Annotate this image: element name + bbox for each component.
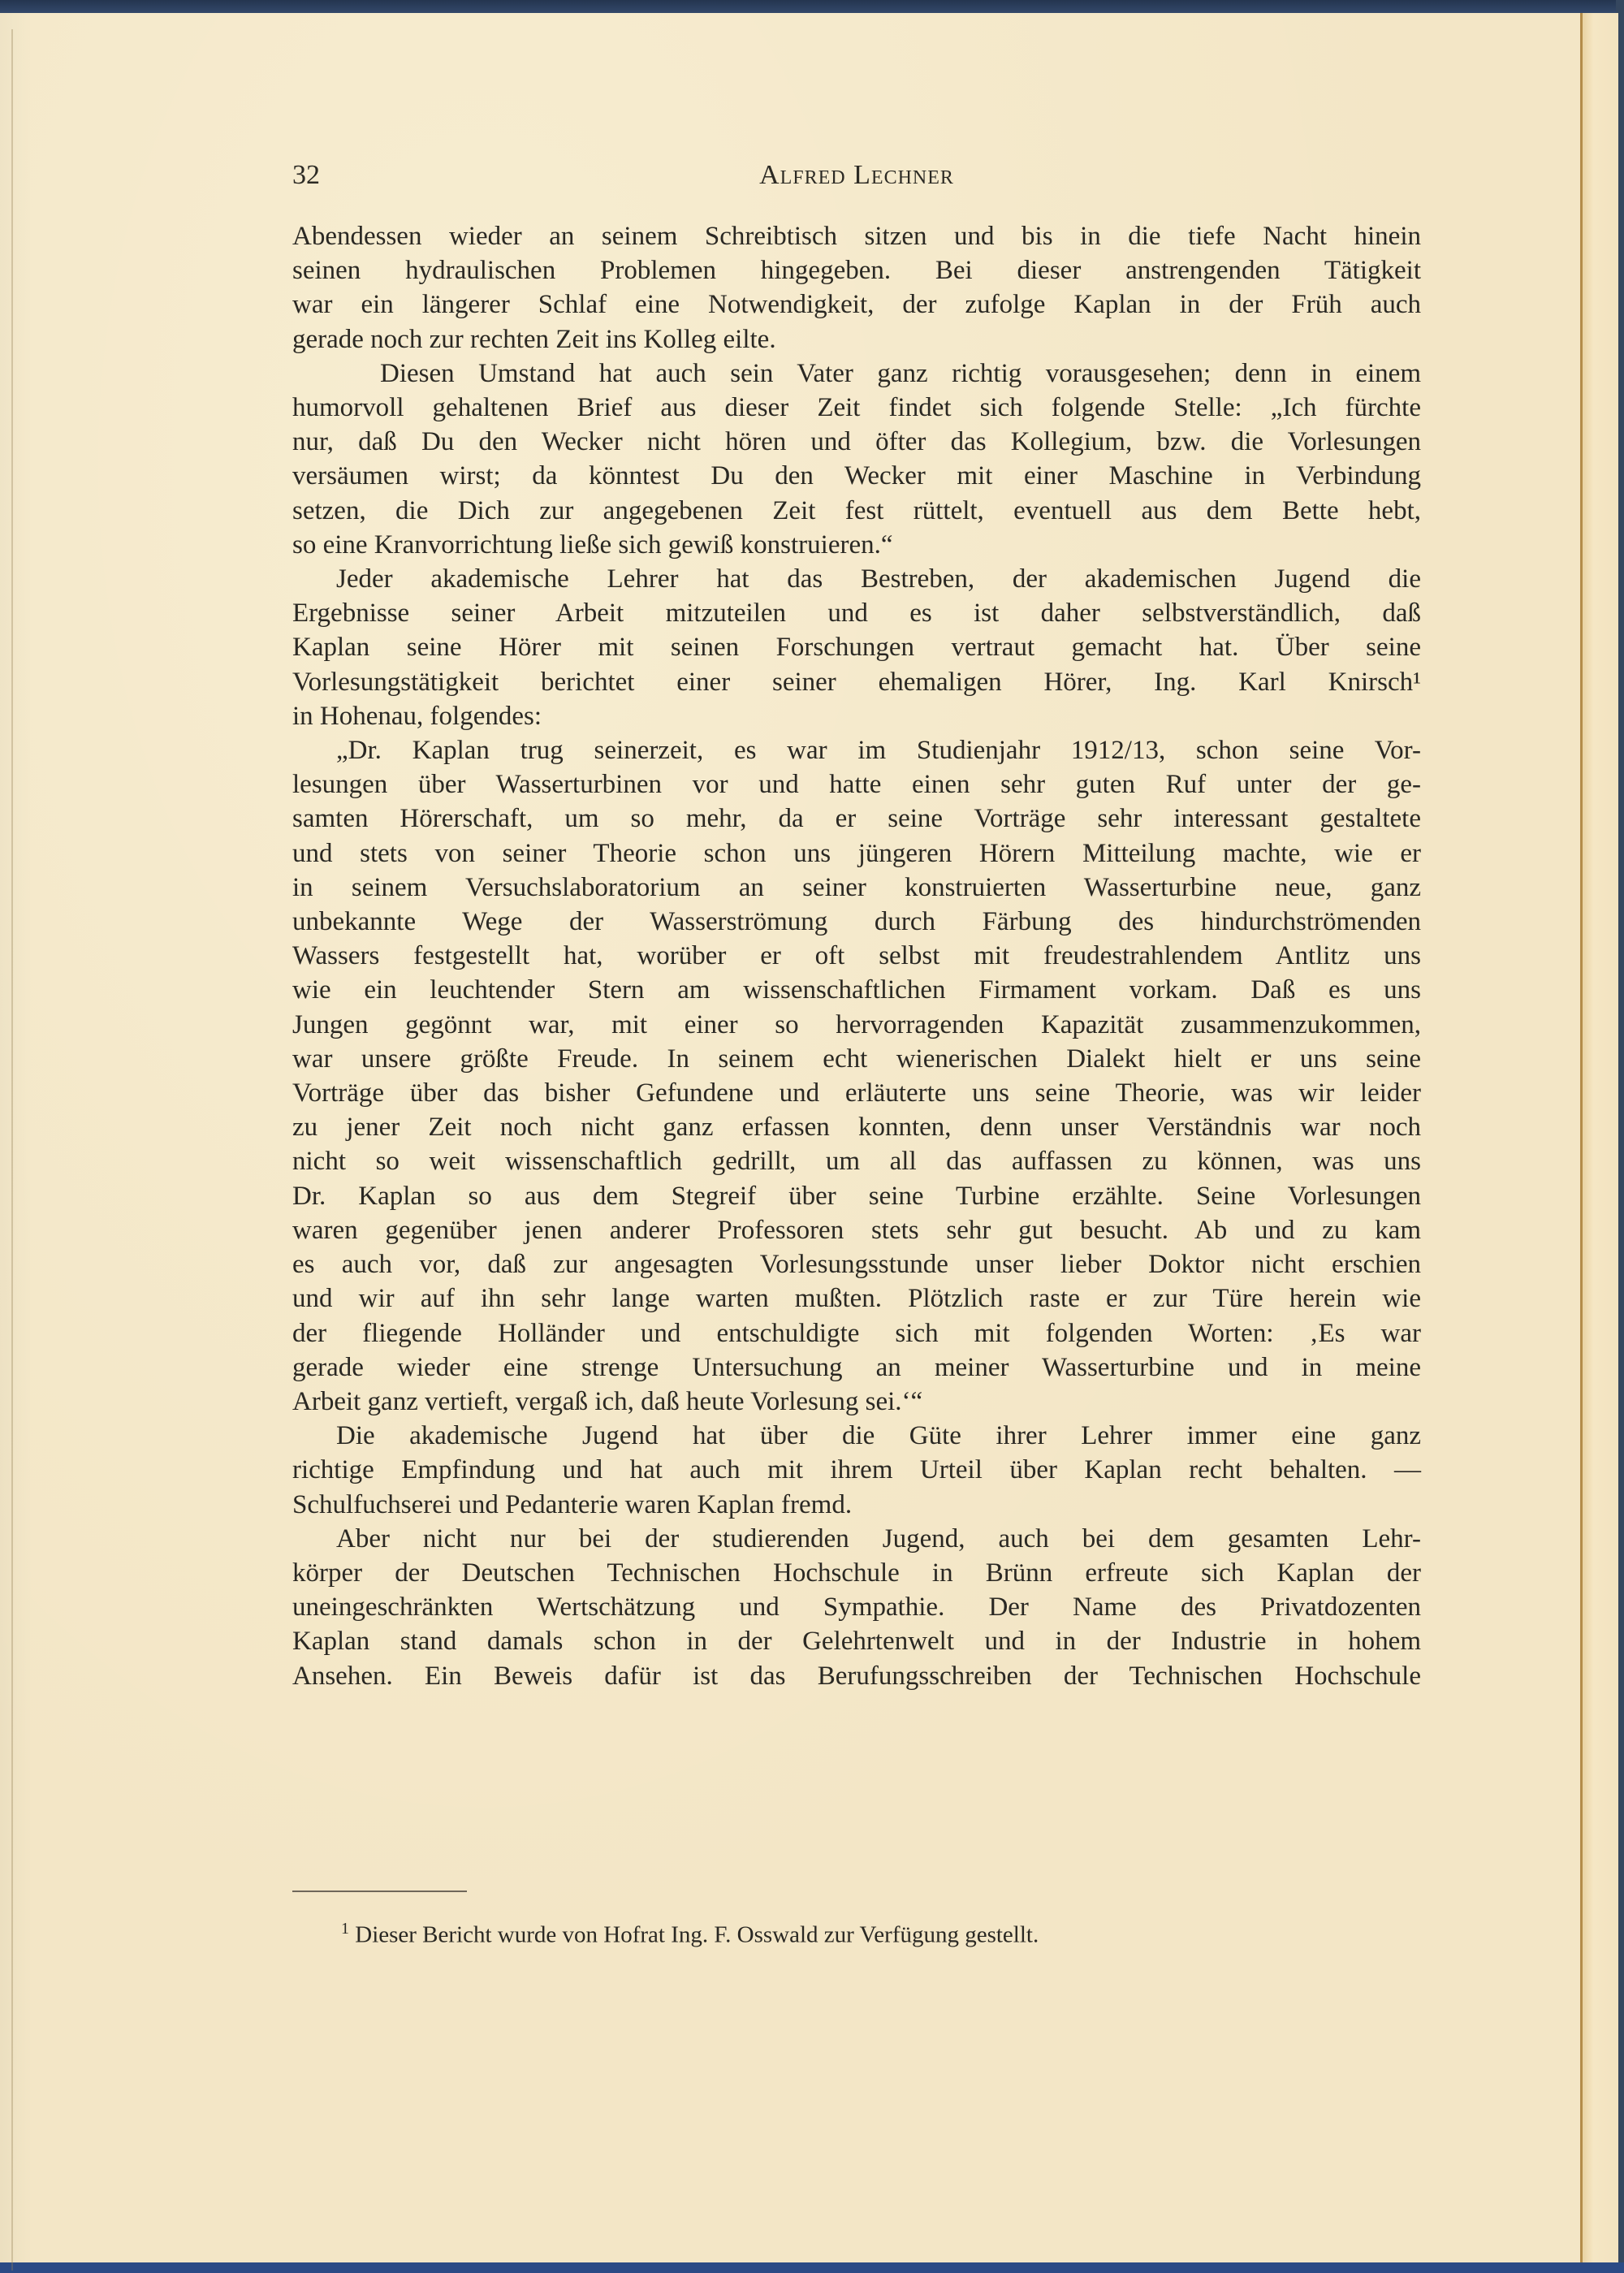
- page-fold: [1580, 13, 1618, 2262]
- text-line: Jeder akademische Lehrer hat das Bestreb…: [292, 562, 1421, 596]
- text-line: es auch vor, daß zur angesagten Vorlesun…: [292, 1247, 1421, 1281]
- text-line: Abendessen wieder an seinem Schreibtisch…: [292, 219, 1421, 253]
- text-line: Vorträge über das bisher Gefundene und e…: [292, 1076, 1421, 1110]
- book-cover-top-edge: [0, 0, 1624, 13]
- footnote-text: Dieser Bericht wurde von Hofrat Ing. F. …: [355, 1922, 1039, 1948]
- text-line: Ansehen. Ein Beweis dafür ist das Berufu…: [292, 1659, 1421, 1693]
- text-line: samten Hörerschaft, um so mehr, da er se…: [292, 802, 1421, 836]
- text-line: seinen hydraulischen Problemen hingegebe…: [292, 253, 1421, 287]
- running-head: 32 Alfred Lechner: [292, 160, 1421, 201]
- text-line: Kaplan stand damals schon in der Gelehrt…: [292, 1624, 1421, 1658]
- text-line: unbekannte Wege der Wasserströmung durch…: [292, 905, 1421, 939]
- text-line: richtige Empfindung und hat auch mit ihr…: [292, 1453, 1421, 1487]
- text-line: Dr. Kaplan so aus dem Stegreif über sein…: [292, 1179, 1421, 1213]
- text-line: Wassers festgestellt hat, worüber er oft…: [292, 939, 1421, 973]
- footnote: 1 Dieser Bericht wurde von Hofrat Ing. F…: [341, 1920, 1478, 1949]
- text-line: in seinem Versuchslaboratorium an seiner…: [292, 871, 1421, 905]
- text-line: gerade noch zur rechten Zeit ins Kolleg …: [292, 322, 1421, 357]
- body-text: Abendessen wieder an seinem Schreibtisch…: [292, 219, 1421, 1693]
- text-line: nicht so weit wissenschaftlich gedrillt,…: [292, 1144, 1421, 1178]
- text-line: war ein längerer Schlaf eine Notwendigke…: [292, 287, 1421, 322]
- text-line: gerade wieder eine strenge Untersuchung …: [292, 1350, 1421, 1385]
- text-line: waren gegenüber jenen anderer Professore…: [292, 1213, 1421, 1247]
- text-line: in Hohenau, folgendes:: [292, 699, 1421, 733]
- text-line: Kaplan seine Hörer mit seinen Forschunge…: [292, 630, 1421, 664]
- footnote-marker: 1: [341, 1920, 349, 1938]
- text-line: „Dr. Kaplan trug seinerzeit, es war im S…: [292, 733, 1421, 767]
- text-line: nur, daß Du den Wecker nicht hören und ö…: [292, 425, 1421, 459]
- text-line: wie ein leuchtender Stern am wissenschaf…: [292, 973, 1421, 1007]
- text-line: Jungen gegönnt war, mit einer so hervorr…: [292, 1008, 1421, 1042]
- text-line: versäumen wirst; da könntest Du den Weck…: [292, 459, 1421, 493]
- text-line: so eine Kranvorrichtung ließe sich gewiß…: [292, 528, 1421, 562]
- text-line: humorvoll gehaltenen Brief aus dieser Ze…: [292, 391, 1421, 425]
- text-line: und stets von seiner Theorie schon uns j…: [292, 836, 1421, 871]
- text-line: zu jener Zeit noch nicht ganz erfassen k…: [292, 1110, 1421, 1144]
- text-line: Diesen Umstand hat auch sein Vater ganz …: [292, 357, 1421, 391]
- book-cover-bottom-edge: [0, 2262, 1624, 2273]
- text-line: Vorlesungstätigkeit berichtet einer sein…: [292, 665, 1421, 699]
- running-title: Alfred Lechner: [292, 160, 1421, 191]
- text-line: Schulfuchserei und Pedanterie waren Kapl…: [292, 1488, 1421, 1522]
- page-edge-line: [11, 29, 13, 2271]
- text-line: der fliegende Holländer und entschuldigt…: [292, 1316, 1421, 1350]
- text-line: lesungen über Wasserturbinen vor und hat…: [292, 767, 1421, 802]
- text-line: Aber nicht nur bei der studierenden Juge…: [292, 1522, 1421, 1556]
- text-line: Arbeit ganz vertieft, vergaß ich, daß he…: [292, 1385, 1421, 1419]
- text-line: war unsere größte Freude. In seinem echt…: [292, 1042, 1421, 1076]
- text-line: uneingeschränkten Wertschätzung und Symp…: [292, 1590, 1421, 1624]
- text-line: setzen, die Dich zur angegebenen Zeit fe…: [292, 494, 1421, 528]
- text-line: Die akademische Jugend hat über die Güte…: [292, 1419, 1421, 1453]
- text-line: und wir auf ihn sehr lange warten mußten…: [292, 1281, 1421, 1316]
- footnote-rule: [292, 1891, 467, 1892]
- text-line: Ergebnisse seiner Arbeit mitzuteilen und…: [292, 596, 1421, 630]
- text-line: körper der Deutschen Technischen Hochsch…: [292, 1556, 1421, 1590]
